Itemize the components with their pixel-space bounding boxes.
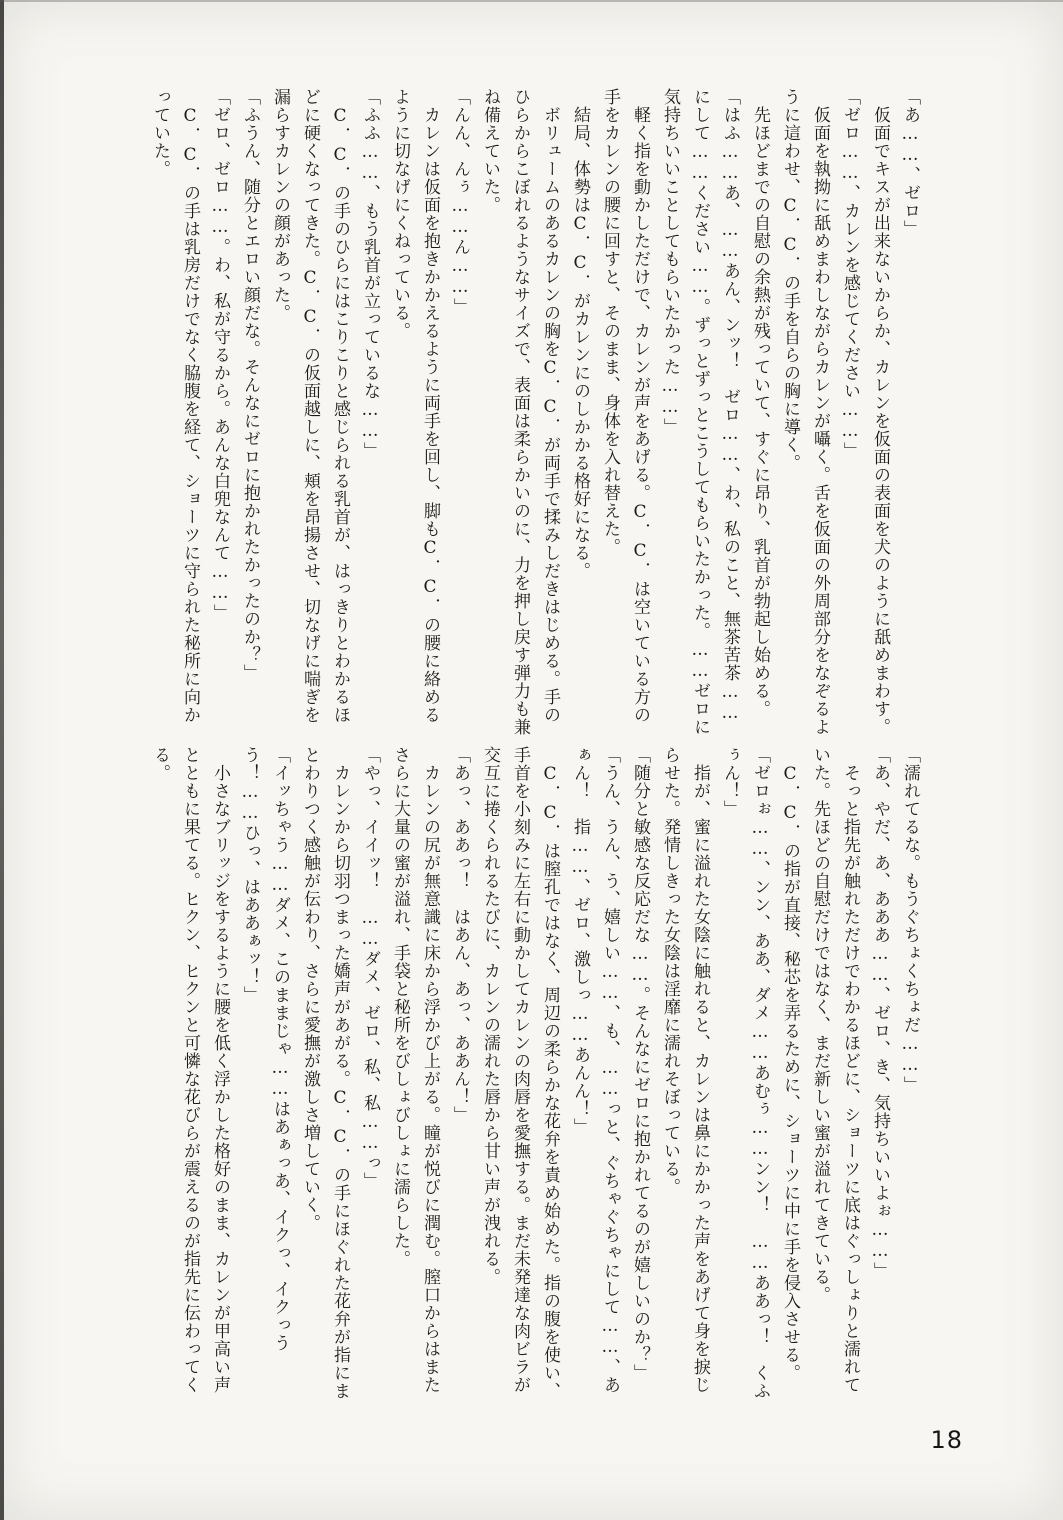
paragraph: 「濡れてるな。もうぐちょくちょだ……」 [895,746,925,1402]
text-block-top: 「あ……、ゼロ」 仮面でキスが出来ないからか、カレンを仮面の表面を犬のように舐め… [145,88,925,736]
paragraph: 「あっ、ああっ！ はあん、あっ、ああん！」 [445,746,475,1402]
paragraph: 「あ……、ゼロ」 [895,88,925,736]
paragraph: 「ゼロぉ……、ンン、ああ、ダメ……あむぅ……ンン！ ……ああっ！ くふぅん！」 [715,746,775,1402]
paragraph: カレンから切羽つまった嬌声があがる。C．C．の手にほぐれた花弁が指にまとわりつく… [295,746,355,1402]
paragraph: そっと指先が触れただけでわかるほどに、ショーツに底はぐっしょりと濡れていた。先ほ… [805,746,865,1402]
paragraph: 「やっ、イイッ！ ……ダメ、ゼロ、私、私……っ」 [355,746,385,1402]
page-number: 18 [930,1426,963,1454]
paragraph: 「あ、やだ、あ、あああ……、ゼロ、き、気持ちいいよぉ……」 [865,746,895,1402]
scan-edge-artifact-top [0,0,1063,2]
paragraph: ボリュームのあるカレンの胸をC．C．が両手で揉みしだきはじめる。手のひらからこぼ… [475,88,565,736]
paragraph: 仮面を執拗に舐めまわしながらカレンが囁く。舌を仮面の外周部分をなぞるように這わせ… [775,88,835,736]
scan-edge-artifact-left [0,0,4,1520]
paragraph: 指が、蜜に溢れた女陰に触れると、カレンは鼻にかかった声をあげて身を捩じらせた。発… [655,746,715,1402]
paragraph: 「ふふ……、もう乳首が立っているな……」 [355,88,385,736]
paragraph: 小さなブリッジをするように腰を低く浮かした格好のまま、カレンが甲高い声とともに果… [145,746,235,1402]
paragraph: 軽く指を動かしただけで、カレンが声をあげる。C．C．は空いている方の手をカレンの… [595,88,655,736]
paragraph: 「ゼロ、ゼロ……。わ、私が守るから。あんな白兜なんて……」 [205,88,235,736]
paragraph: C．C．の手は乳房だけでなく脇腹を経て、ショーツに守られた秘所に向かっていた。 [145,88,205,736]
paragraph: 「イッちゃう……ダメ、このままじゃ……はあぁっあ、イクっ、イクっうう！……ひっ、… [235,746,295,1402]
paragraph: 「はふ……あ、……あん、ンッ！ ゼロ……、わ、私のこと、無茶苦茶……にして……く… [655,88,745,736]
paragraph: 先ほどまでの自慰の余熱が残っていて、すぐに昂り、乳首が勃起し始める。 [745,88,775,736]
scanned-novel-page: 「あ……、ゼロ」 仮面でキスが出来ないからか、カレンを仮面の表面を犬のように舐め… [0,0,1063,1520]
paragraph: C．C．の指が直接、秘芯を弄るために、ショーツに中に手を侵入させる。 [775,746,805,1402]
paragraph: カレンの尻が無意識に床から浮かび上がる。瞳が悦びに潤む。膣口からはまたさらに大量… [385,746,445,1402]
paragraph: 「随分と敏感な反応だな……。そんなにゼロに抱かれてるのが嬉しいのか？」 [625,746,655,1402]
paragraph: 結局、体勢はC．C．がカレンにのしかかる格好になる。 [565,88,595,736]
paragraph: 「ふうん、随分とエロい顔だな。そんなにゼロに抱かれたかったのか？」 [235,88,265,736]
paragraph: 「うん、うん、う、嬉しい……、も、……っと、ぐちゃぐちゃにして……、あぁん！ 指… [565,746,625,1402]
paragraph: 「ゼロ……、カレンを感じてください……」 [835,88,865,736]
paragraph: 「んん、んぅ……ん……」 [445,88,475,736]
text-block-bottom: 「濡れてるな。もうぐちょくちょだ……」 「あ、やだ、あ、あああ……、ゼロ、き、気… [145,746,925,1402]
paragraph: 仮面でキスが出来ないからか、カレンを仮面の表面を犬のように舐めまわす。 [865,88,895,736]
paragraph: カレンは仮面を抱きかかえるように両手を回し、脚もC．C．の腰に絡めるように切なげ… [385,88,445,736]
paragraph: C．C．の手のひらにはこりこりと感じられる乳首が、はっきりとわかるほどに硬くなっ… [265,88,355,736]
paragraph: C．C．は膣孔ではなく、周辺の柔らかな花弁を責め始めた。指の腹を使い、手首を小刻… [475,746,565,1402]
